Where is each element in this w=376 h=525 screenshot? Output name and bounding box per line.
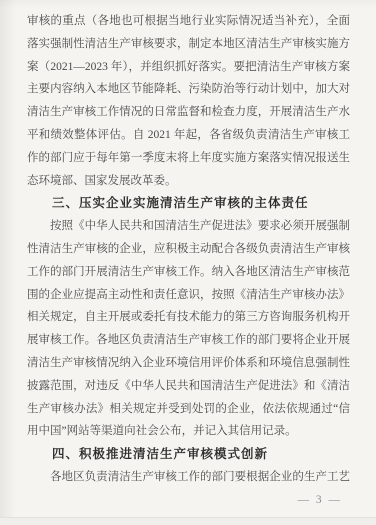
text-line: 展审核工作。各地区负责清洁生产审核工作的部门要将企业开展: [27, 329, 350, 352]
text-line: 清洁生产审核情况纳入企业环境信用评价体系和环境信息强制性: [27, 352, 350, 375]
text-line: 性清洁生产审核的企业，应积极主动配合各级负责清洁生产审核: [27, 238, 350, 261]
page-number: — 3 —: [298, 494, 343, 506]
text-line: 工作的部门开展清洁生产审核工作。纳入各地区清洁生产审核范: [27, 261, 350, 284]
text-line: 案（2021—2023 年），并组织抓好落实。要把清洁生产审核方案: [27, 56, 350, 79]
document-body: 审核的重点（各地也可根据当地行业实际情况适当补充），全面落实强制性清洁生产审核要…: [27, 10, 350, 489]
text-line: 清洁生产审核工作情况的日常监督和检查力度，开展清洁生产水: [27, 101, 350, 124]
text-line: 落实强制性清洁生产审核要求，制定本地区清洁生产审核实施方: [27, 33, 350, 56]
text-line: 平和绩效整体评估。自 2021 年起，各省级负责清洁生产审核工: [27, 124, 350, 147]
text-line: 生产审核办法》相关规定并受到处罚的企业，依法依规通过“信: [27, 398, 350, 421]
scan-shadow-top: [0, 0, 376, 8]
text-line: 按照《中华人民共和国清洁生产促进法》要求必须开展强制: [27, 215, 350, 238]
document-page: 审核的重点（各地也可根据当地行业实际情况适当补充），全面落实强制性清洁生产审核要…: [0, 0, 376, 525]
text-line: 用中国”网站等渠道向社会公布，并记入其信用记录。: [27, 420, 350, 443]
scan-shadow-left: [0, 0, 16, 525]
text-line: 态环境部、国家发展改革委。: [27, 170, 350, 193]
scan-edge-bottom: [0, 517, 376, 525]
text-line: 各地区负责清洁生产审核工作的部门要根据企业的生产工艺: [27, 466, 350, 489]
text-line: 作的部门应于每年第一季度末将上年度实施方案落实情况报送生: [27, 147, 350, 170]
section-heading: 四、积极推进清洁生产审核模式创新: [27, 443, 350, 466]
section-heading: 三、压实企业实施清洁生产审核的主体责任: [27, 192, 350, 215]
text-line: 围的企业应提高主动性和责任意识，按照《清洁生产审核办法》: [27, 284, 350, 307]
text-line: 审核的重点（各地也可根据当地行业实际情况适当补充），全面: [27, 10, 350, 33]
text-line: 披露范围，对违反《中华人民共和国清洁生产促进法》和《清洁: [27, 375, 350, 398]
text-line: 主要内容纳入本地区节能降耗、污染防治等行动计划中，加大对: [27, 78, 350, 101]
text-line: 相关规定，自主开展或委托有技术能力的第三方咨询服务机构开: [27, 306, 350, 329]
